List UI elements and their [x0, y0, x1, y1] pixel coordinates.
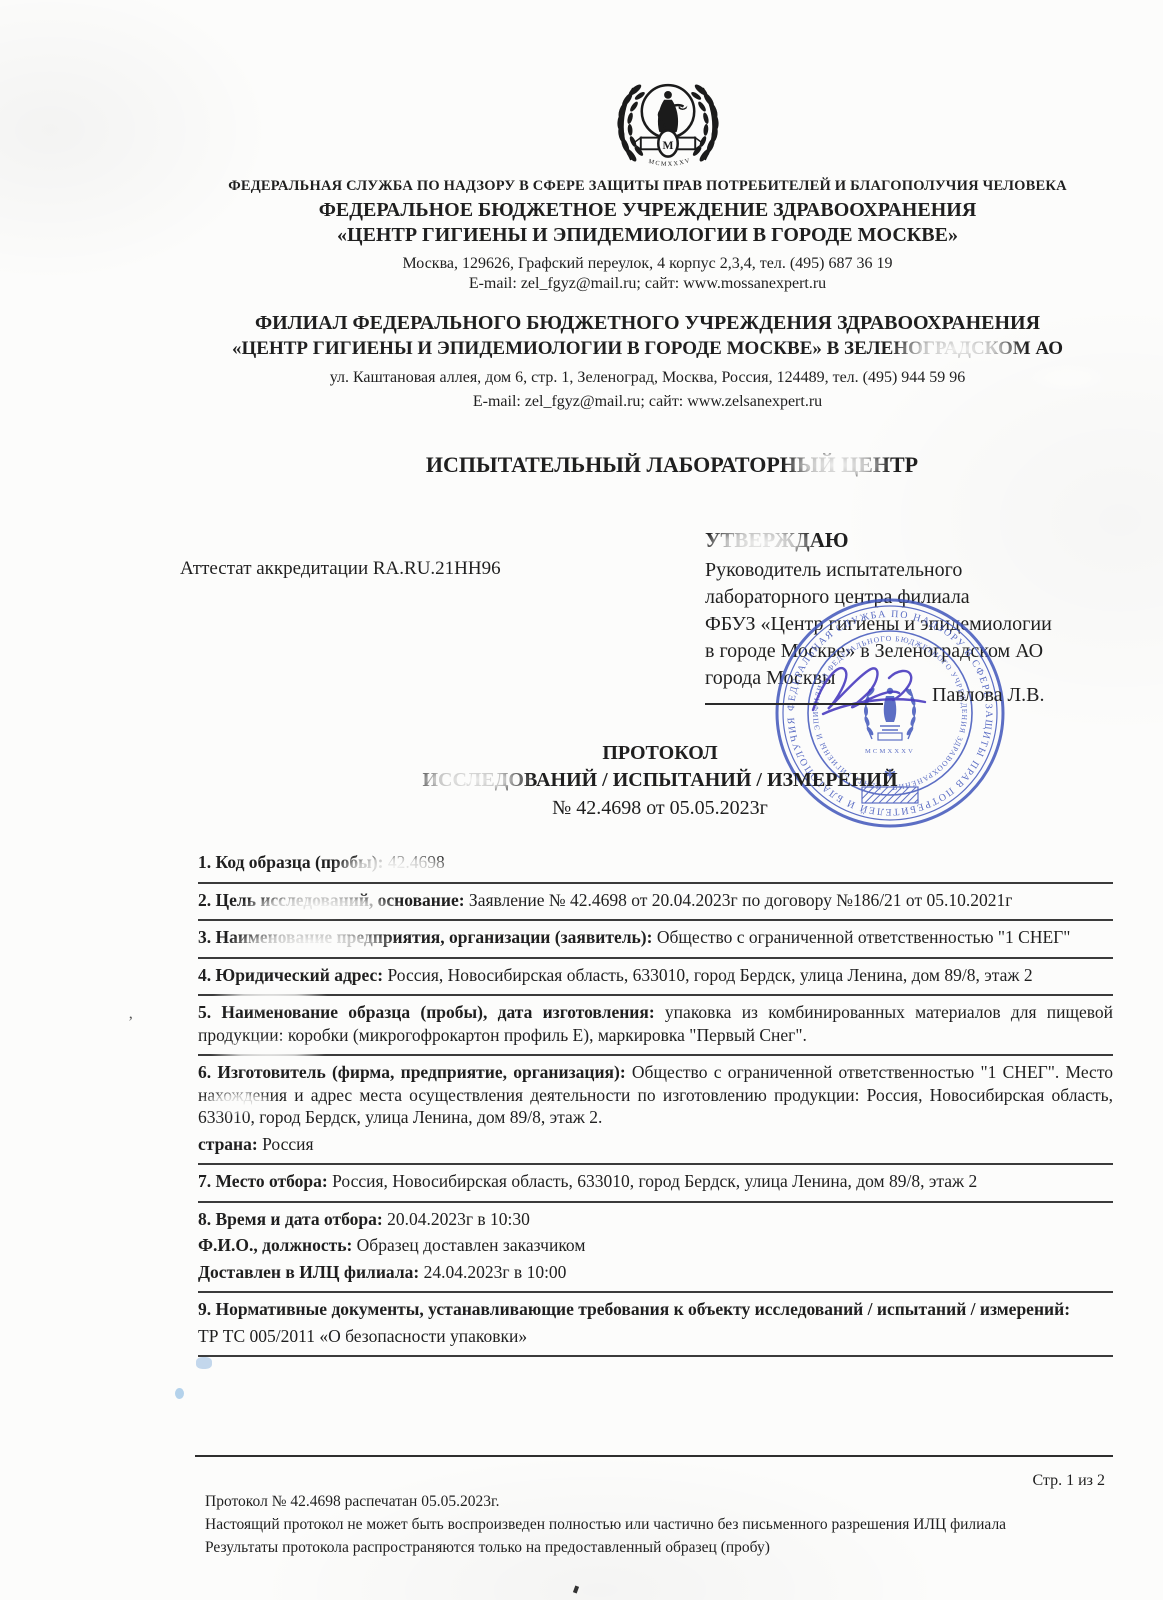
emblem-year: MCMXXXV: [648, 157, 692, 168]
item-label-value: 3. Наименование предприятия, организации…: [198, 926, 1113, 949]
footer-scope-line: Результаты протокола распространяются то…: [205, 1536, 1115, 1559]
protocol-item: 5. Наименование образца (пробы), дата из…: [198, 996, 1113, 1056]
item-subline: Доставлен в ИЛЦ филиала: 24.04.2023г в 1…: [198, 1261, 1113, 1284]
item-label-value: 9. Нормативные документы, устанавливающи…: [198, 1298, 1113, 1321]
item-label-value: 4. Юридический адрес: Россия, Новосибирс…: [198, 964, 1113, 987]
organization-emblem: M MCMXXXV: [600, 66, 736, 184]
accreditation-certificate: Аттестат аккредитации RA.RU.21HH96: [180, 558, 501, 580]
org-name-line2: «ЦЕНТР ГИГИЕНЫ И ЭПИДЕМИОЛОГИИ В ГОРОДЕ …: [90, 224, 1163, 247]
item-label-value: 5. Наименование образца (пробы), дата из…: [198, 1001, 1113, 1046]
protocol-item: 7. Место отбора: Россия, Новосибирская о…: [198, 1165, 1113, 1203]
org-email-site: E-mail: zel_fgyz@mail.ru; сайт: www.moss…: [90, 275, 1163, 293]
scan-mark: ’: [128, 1014, 133, 1032]
emblem-letter: M: [663, 139, 674, 152]
item-label-value: 1. Код образца (пробы): 42.4698: [198, 851, 1113, 874]
item-label-value: 8. Время и дата отбора: 20.04.2023г в 10…: [198, 1208, 1113, 1231]
footer-printed-line: Протокол № 42.4698 распечатан 05.05.2023…: [205, 1490, 1115, 1513]
protocol-title-block: ПРОТОКОЛ ИССЛЕДОВАНИЙ / ИСПЫТАНИЙ / ИЗМЕ…: [160, 742, 1160, 820]
footer-separator: [195, 1455, 1113, 1457]
item-label-value: 2. Цель исследований, основание: Заявлен…: [198, 889, 1113, 912]
branch-name-line2: «ЦЕНТР ГИГИЕНЫ И ЭПИДЕМИОЛОГИИ В ГОРОДЕ …: [90, 338, 1163, 360]
svg-text:MCMXXXV: MCMXXXV: [648, 157, 692, 168]
signer-name: Павлова Л.В.: [932, 684, 1044, 707]
scan-speck: [175, 1388, 184, 1399]
scan-dot: [573, 1586, 579, 1594]
branch-name-line1: ФИЛИАЛ ФЕДЕРАЛЬНОГО БЮДЖЕТНОГО УЧРЕЖДЕНИ…: [90, 312, 1163, 335]
item-subline: Ф.И.О., должность: Образец доставлен зак…: [198, 1234, 1113, 1257]
branch-block: ФИЛИАЛ ФЕДЕРАЛЬНОГО БЮДЖЕТНОГО УЧРЕЖДЕНИ…: [90, 312, 1163, 411]
protocol-item: 4. Юридический адрес: Россия, Новосибирс…: [198, 959, 1113, 997]
protocol-item: 2. Цель исследований, основание: Заявлен…: [198, 884, 1113, 922]
item-subline: страна: Россия: [198, 1133, 1113, 1156]
approval-line: Руководитель испытательного: [705, 557, 1095, 584]
branch-address: ул. Каштановая аллея, дом 6, стр. 1, Зел…: [90, 369, 1163, 387]
footer-block: Протокол № 42.4698 распечатан 05.05.2023…: [205, 1490, 1115, 1559]
items-table: 1. Код образца (пробы): 42.46982. Цель и…: [198, 846, 1113, 1357]
approval-caption: УТВЕРЖДАЮ: [705, 528, 1095, 553]
lab-center-title: ИСПЫТАТЕЛЬНЫЙ ЛАБОРАТОРНЫЙ ЦЕНТР: [172, 452, 1163, 478]
protocol-item: 1. Код образца (пробы): 42.4698: [198, 846, 1113, 884]
protocol-number-date: № 42.4698 от 05.05.2023г: [160, 797, 1160, 820]
item-value: ТР ТС 005/2011 «О безопасности упаковки»: [198, 1325, 1113, 1348]
agency-line: ФЕДЕРАЛЬНАЯ СЛУЖБА ПО НАДЗОРУ В СФЕРЕ ЗА…: [90, 178, 1163, 195]
protocol-item: 8. Время и дата отбора: 20.04.2023г в 10…: [198, 1203, 1113, 1294]
protocol-item: 3. Наименование предприятия, организации…: [198, 921, 1113, 959]
head-office-block: ФЕДЕРАЛЬНАЯ СЛУЖБА ПО НАДЗОРУ В СФЕРЕ ЗА…: [90, 178, 1163, 293]
item-label-value: 7. Место отбора: Россия, Новосибирская о…: [198, 1170, 1113, 1193]
branch-email-site: E-mail: zel_fgyz@mail.ru; сайт: www.zels…: [90, 393, 1163, 411]
footer-disclaimer-line: Настоящий протокол не может быть воспрои…: [205, 1513, 1115, 1536]
protocol-item: 6. Изготовитель (фирма, предприятие, орг…: [198, 1056, 1113, 1165]
protocol-title: ПРОТОКОЛ: [160, 742, 1160, 765]
protocol-item: 9. Нормативные документы, устанавливающи…: [198, 1293, 1113, 1357]
item-label-value: 6. Изготовитель (фирма, предприятие, орг…: [198, 1061, 1113, 1129]
org-name-line1: ФЕДЕРАЛЬНОЕ БЮДЖЕТНОЕ УЧРЕЖДЕНИЕ ЗДРАВОО…: [90, 199, 1163, 222]
scan-smudge: [196, 1357, 212, 1369]
org-address: Москва, 129626, Графский переулок, 4 кор…: [90, 255, 1163, 273]
signature-underline: [705, 703, 883, 705]
page-number: Стр. 1 из 2: [950, 1472, 1105, 1490]
protocol-subtitle: ИССЛЕДОВАНИЙ / ИСПЫТАНИЙ / ИЗМЕРЕНИЙ: [160, 769, 1160, 792]
protocol-document-page: M MCMXXXV ФЕДЕРАЛЬНАЯ СЛУЖБА ПО НАДЗОРУ …: [0, 0, 1163, 1600]
